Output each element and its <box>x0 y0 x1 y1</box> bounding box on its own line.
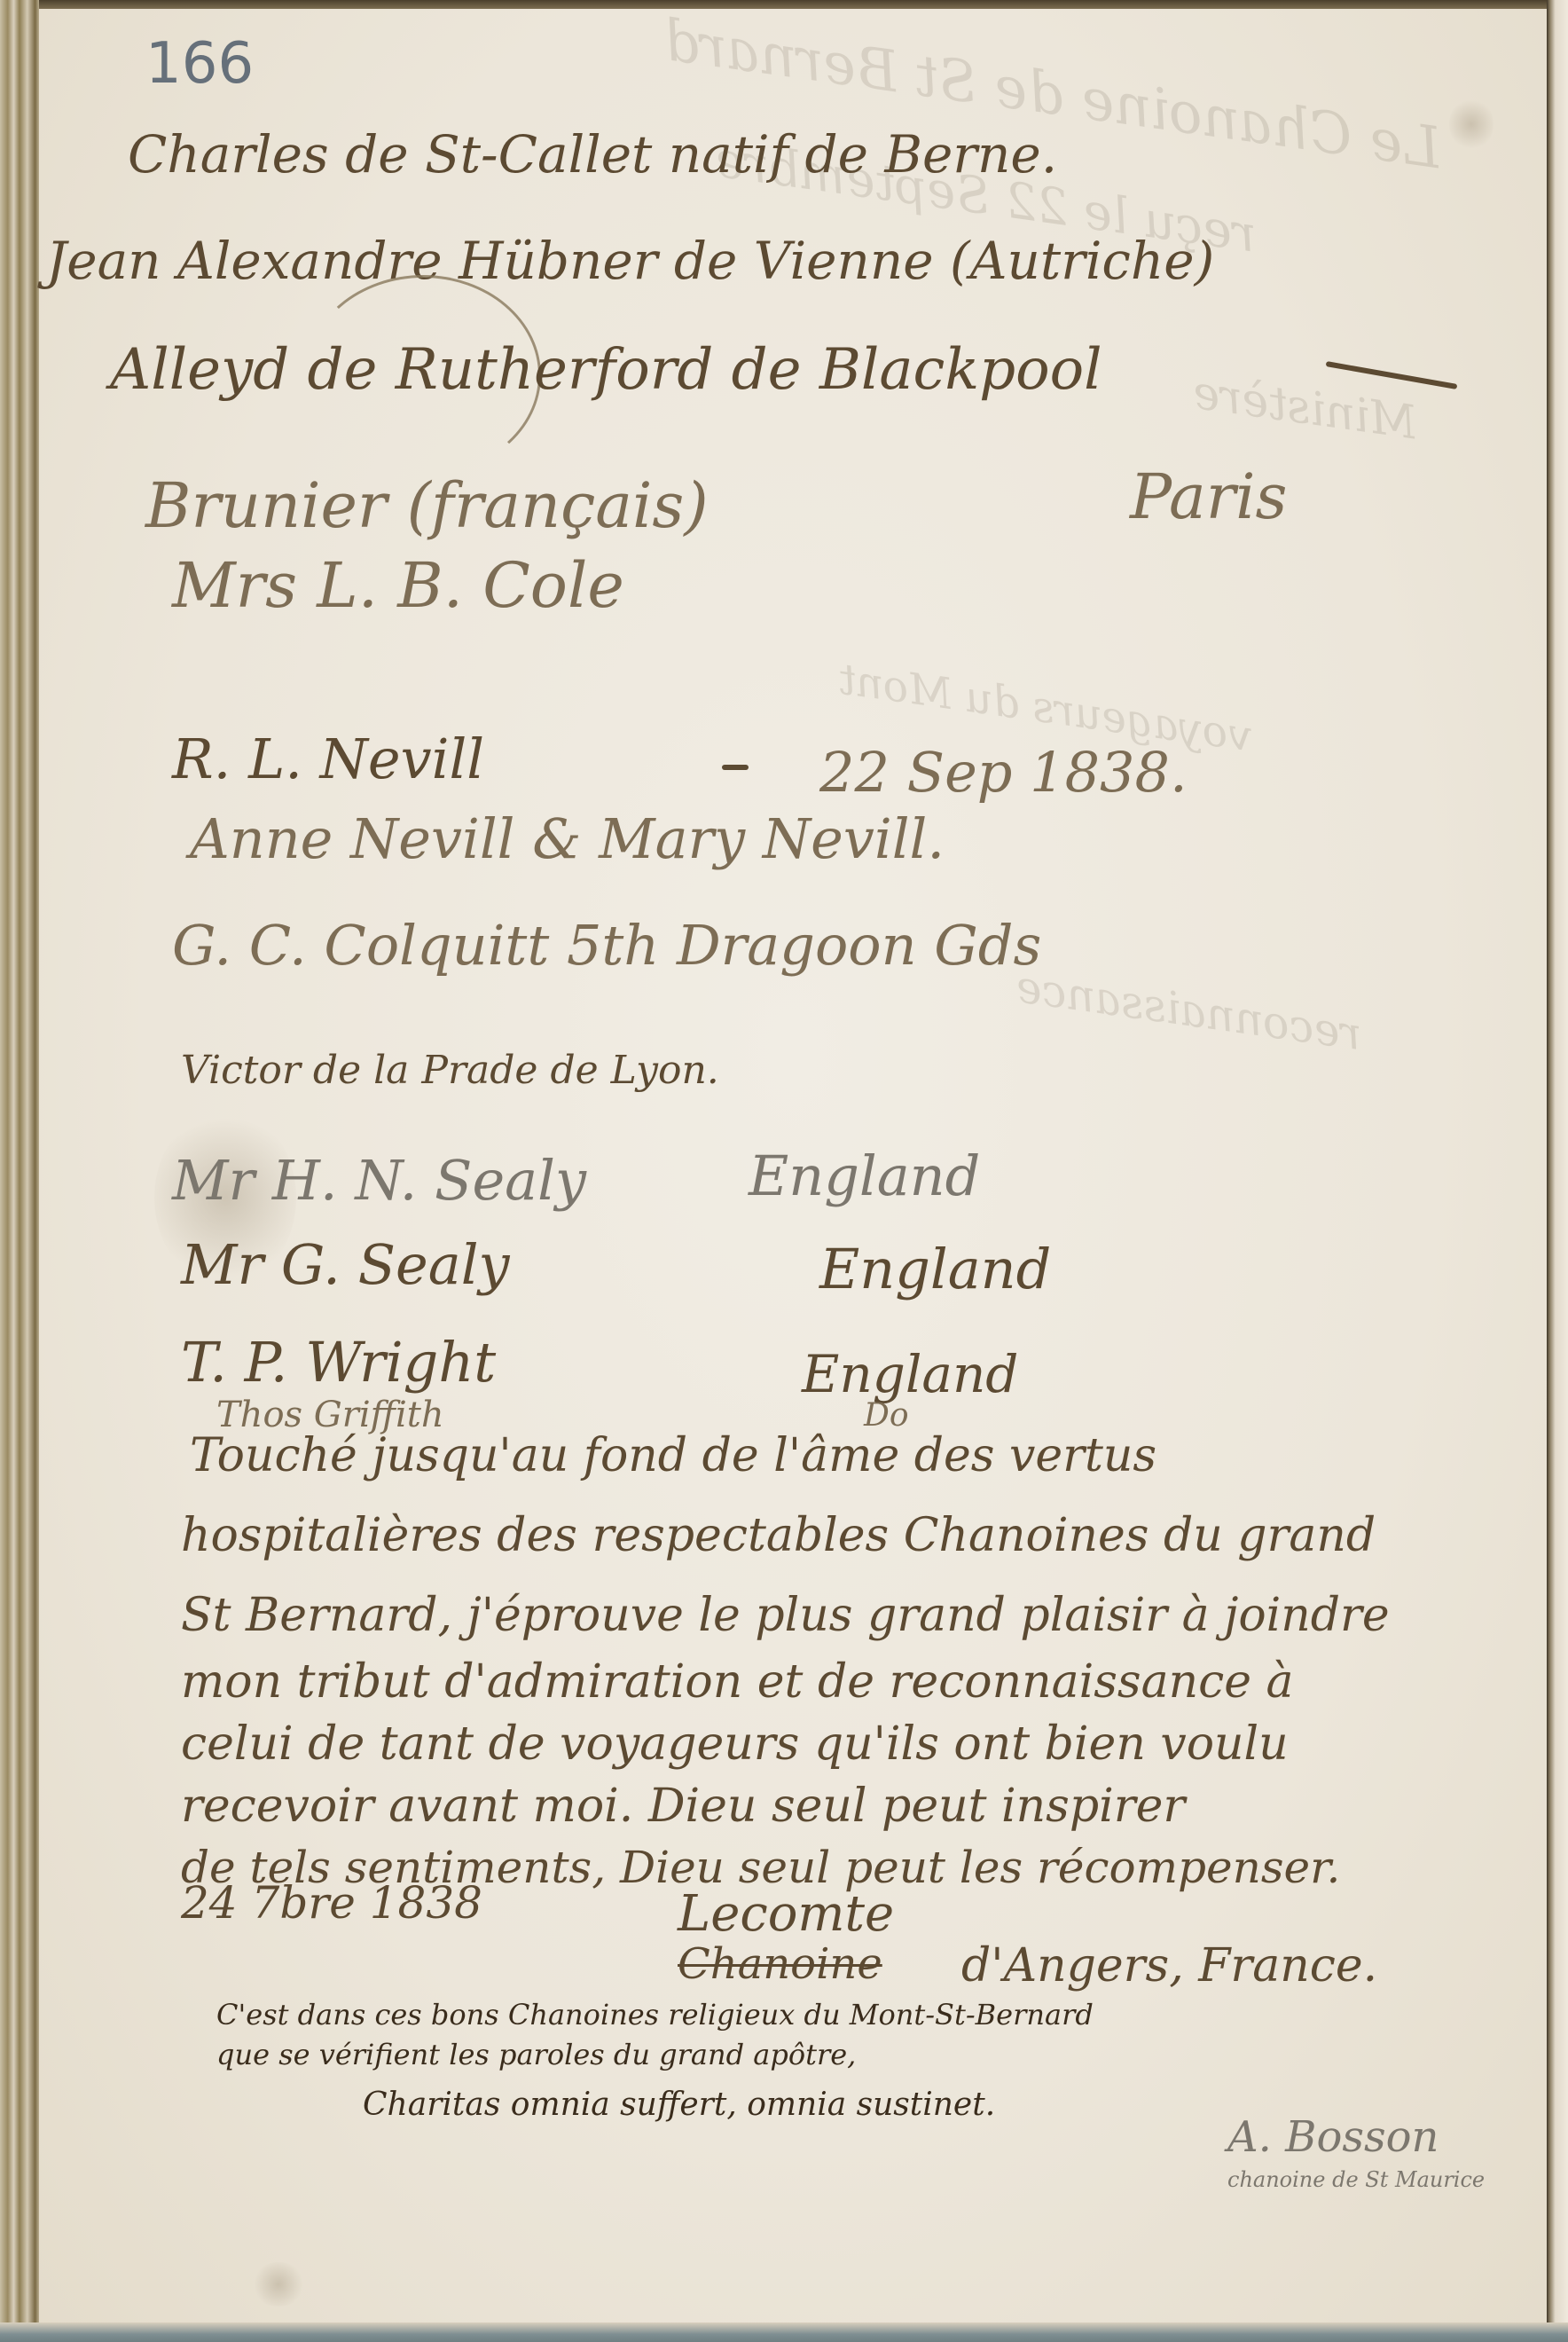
paragraph-signature: Lecomte <box>678 1890 894 1939</box>
entry-thos-griffith-ditto: Do <box>864 1400 909 1432</box>
entry-charles-de-st-callet: Charles de St-Callet natif de Berne. <box>128 129 1057 180</box>
register-page: Le Chanoine de St Bernard reçu le 22 Sep… <box>39 9 1547 2322</box>
bleed-through-text: Ministère <box>1189 366 1420 451</box>
entry-brunier-origin: Paris <box>1130 466 1287 528</box>
closing-line-2: que se vérifient les paroles du grand ap… <box>216 2040 856 2069</box>
entry-t-p-wright-country: England <box>802 1348 1018 1400</box>
entry-g-sealy: Mr G. Sealy <box>181 1238 510 1293</box>
closing-line-1: C'est dans ces bons Chanoines religieux … <box>216 2000 1094 2029</box>
paragraph-line-2: hospitalières des respectables Chanoines… <box>181 1513 1376 1559</box>
entry-alexandre-hubner: Jean Alexandre Hübner de Vienne (Autrich… <box>46 235 1214 287</box>
book-bottom-edge <box>0 2322 1568 2342</box>
bleed-through-text: reconnaissance <box>1013 961 1365 1060</box>
entry-r-l-nevill: R. L. Nevill <box>172 732 484 787</box>
final-signature-name: A. Bosson <box>1227 2116 1439 2158</box>
entry-rutherford: Alleyd de Rutherford de Blackpool <box>110 342 1102 398</box>
entry-brunier: Brunier (français) <box>145 475 709 537</box>
entry-cole: Mrs L. B. Cole <box>172 554 624 617</box>
book-gutter-right-edge <box>1547 0 1568 2342</box>
entry-nevill-date: 22 Sep 1838. <box>819 745 1188 800</box>
paragraph-line-5: celui de tant de voyageurs qu'ils ont bi… <box>181 1721 1289 1767</box>
pen-stroke <box>722 765 749 770</box>
paragraph-origin: d'Angers, France. <box>961 1943 1377 1989</box>
paragraph-line-4: mon tribut d'admiration et de reconnaiss… <box>181 1659 1294 1705</box>
paragraph-line-1: Touché jusqu'au fond de l'âme des vertus <box>190 1433 1156 1479</box>
page-stack-left-edge <box>0 0 39 2342</box>
register-book: Le Chanoine de St Bernard reçu le 22 Sep… <box>0 0 1568 2342</box>
ink-stain <box>252 2262 305 2307</box>
entry-colquitt: G. C. Colquitt 5th Dragoon Gds <box>172 918 1041 973</box>
paragraph-line-6: recevoir avant moi. Dieu seul peut inspi… <box>181 1783 1185 1829</box>
paragraph-date: 24 7bre 1838 <box>181 1881 482 1925</box>
book-top-edge <box>0 0 1568 9</box>
paragraph-line-3: St Bernard, j'éprouve le plus grand plai… <box>181 1592 1390 1639</box>
entry-victor-de-la-prade: Victor de la Prade de Lyon. <box>181 1051 719 1090</box>
closing-quote: Charitas omnia suffert, omnia sustinet. <box>363 2089 995 2121</box>
struck-word: Chanoine <box>678 1943 882 1985</box>
entry-anne-mary-nevill: Anne Nevill & Mary Nevill. <box>190 812 945 867</box>
entry-g-sealy-country: England <box>819 1242 1051 1297</box>
page-number: 166 <box>145 35 254 92</box>
entry-h-n-sealy-country: England <box>749 1149 980 1204</box>
pen-stroke <box>1326 361 1458 389</box>
entry-thos-griffith: Thos Griffith <box>216 1397 444 1433</box>
ink-blot <box>1449 98 1494 151</box>
final-signature-subtitle: chanoine de St Maurice <box>1227 2169 1485 2190</box>
entry-h-n-sealy: Mr H. N. Sealy <box>172 1153 586 1208</box>
entry-t-p-wright: T. P. Wright <box>181 1335 496 1390</box>
